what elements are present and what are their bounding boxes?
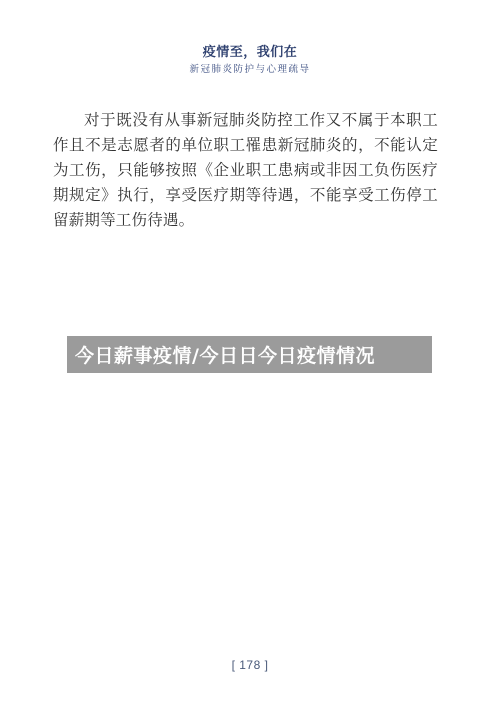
document-page: 疫情至，我们在 新冠肺炎防护与心理疏导 对于既没有从事新冠肺炎防控工作又不属于本… bbox=[0, 0, 500, 710]
caption-text: 今日薪事疫情/今日日今日疫情情况 bbox=[75, 341, 375, 368]
body-paragraph: 对于既没有从事新冠肺炎防控工作又不属于本职工作且不是志愿者的单位职工罹患新冠肺炎… bbox=[53, 108, 438, 233]
page-number: [ 178 ] bbox=[0, 658, 500, 672]
page-header-subtitle: 新冠肺炎防护与心理疏导 bbox=[0, 61, 500, 75]
caption-banner: 今日薪事疫情/今日日今日疫情情况 bbox=[67, 336, 432, 373]
page-header-title: 疫情至，我们在 bbox=[0, 41, 500, 60]
